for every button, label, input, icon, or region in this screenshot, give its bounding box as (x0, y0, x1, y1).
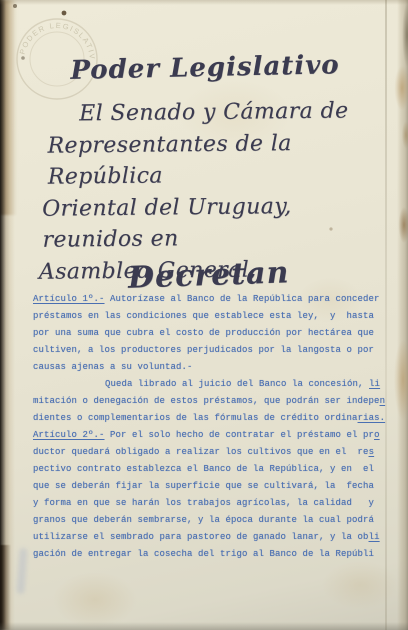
typed-segment: mitación o denegación de estos préstamos… (33, 396, 380, 406)
typed-line: utilizarse el sembrado para pastoreo de … (33, 529, 385, 546)
preamble-line: Representantes de la República (37, 127, 374, 194)
decree-heading: Decretan (127, 255, 289, 296)
typed-segment: utilizarse el sembrado para pastoreo de … (33, 532, 369, 542)
typed-segment: pectivo contrato establezca el Banco de … (33, 464, 374, 474)
typed-segment: causas ajenas a su voluntad.- (33, 362, 193, 372)
typed-line: dientes o complementarios de las fórmula… (33, 410, 385, 427)
typed-line: préstamos en las condiciones que estable… (33, 308, 385, 325)
preamble-line: El Senado y Cámara de (37, 95, 373, 130)
typed-segment: dientes o complementarios de las fórmula… (33, 413, 358, 423)
typed-segment: cultiven, a los productores perjudicados… (33, 345, 374, 355)
typed-line: causas ajenas a su voluntad.- (33, 359, 385, 376)
bottom-shadow (0, 622, 408, 630)
typed-line: y forma en que se harán los trabajos agr… (33, 495, 385, 512)
typed-segment-underlined: li (369, 379, 380, 389)
typed-segment-underlined: Artículo 2º.- (33, 430, 105, 440)
typed-segment-underlined: li (369, 532, 380, 542)
typed-line: Artículo 1º.- Autorízase al Banco de la … (33, 291, 385, 308)
preamble-line: Oriental del Uruguay, reunidos en (38, 190, 375, 257)
typed-segment-underlined: Artículo 1º.- (33, 294, 105, 304)
page-edge-bottom-left (0, 545, 11, 630)
typed-line: Artículo 2º.- Por el solo hecho de contr… (33, 427, 385, 444)
document-photo: PODER LEGISLATIVO Poder Legislativo El S… (0, 0, 408, 630)
typed-line: mitación o denegación de estos préstamos… (33, 393, 385, 410)
typed-segment: gación de entregar la cosecha del trigo … (33, 549, 374, 559)
typed-line: pectivo contrato establezca el Banco de … (33, 461, 385, 478)
typed-segment: granos que deberán sembrarse, y la época… (33, 515, 374, 525)
typed-line: granos que deberán sembrarse, y la época… (33, 512, 385, 529)
typed-segment: préstamos en las condiciones que estable… (33, 311, 374, 321)
typed-line: gación de entregar la cosecha del trigo … (33, 546, 385, 563)
typed-line: por una suma que cubra el costo de produ… (33, 325, 385, 342)
typed-segment: Queda librado al juicio del Banco la con… (105, 379, 369, 389)
typed-segment: y forma en que se harán los trabajos agr… (33, 498, 374, 508)
typed-segment: que se deberán fijar la superficie que s… (33, 481, 374, 491)
typed-segment: Por el solo hecho de contratar el présta… (105, 430, 375, 440)
typed-body: Artículo 1º.- Autorízase al Banco de la … (33, 291, 385, 563)
typed-line: ductor quedará obligado a realizar los c… (33, 444, 385, 461)
typed-segment-underlined: rias. (358, 413, 386, 423)
typed-segment: Autorízase al Banco de la República para… (105, 294, 380, 304)
top-shadow (0, 0, 408, 5)
paper-specks (0, 0, 2, 2)
typed-segment-underlined: s (369, 447, 375, 457)
typed-line: que se deberán fijar la superficie que s… (33, 478, 385, 495)
typed-segment-underlined: o (374, 430, 380, 440)
typed-segment: ductor quedará obligado a realizar los c… (33, 447, 369, 457)
typed-line: Queda librado al juicio del Banco la con… (33, 376, 385, 393)
typed-segment-underlined: n (380, 396, 386, 406)
typed-segment: por una suma que cubra el costo de produ… (33, 328, 374, 338)
typed-line: cultiven, a los productores perjudicados… (33, 342, 385, 359)
paper-crease (385, 0, 387, 630)
